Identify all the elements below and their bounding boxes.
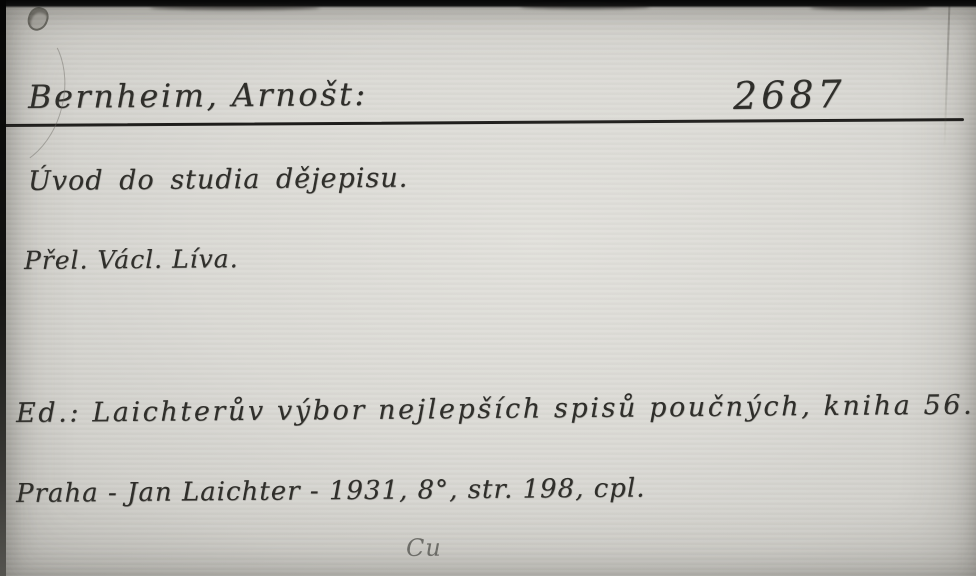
right-edge-crease (943, 0, 950, 150)
scan-edge-smudge (810, 5, 930, 10)
catalog-card-paper: Bernheim, Arnošt: 2687 Úvod do studia dě… (0, 0, 976, 576)
ruled-line (4, 118, 964, 127)
scan-edge-smudge (520, 4, 650, 9)
series-line: Ed.: Laichterův výbor nejlepších spisů p… (16, 390, 975, 429)
scan-left-edge (0, 0, 6, 576)
scanned-catalog-card-image: Bernheim, Arnošt: 2687 Úvod do studia dě… (0, 0, 976, 576)
author-heading: Bernheim, Arnošt: (28, 75, 368, 116)
scan-edge-smudge (150, 5, 320, 10)
catalog-number: 2687 (733, 72, 846, 118)
pencil-note: Cu (406, 534, 442, 562)
imprint-line: Praha - Jan Laichter - 1931, 8°, str. 19… (16, 474, 646, 509)
translator-line: Přel. Václ. Líva. (24, 244, 239, 275)
title-line: Úvod do studia dějepisu. (28, 163, 409, 197)
